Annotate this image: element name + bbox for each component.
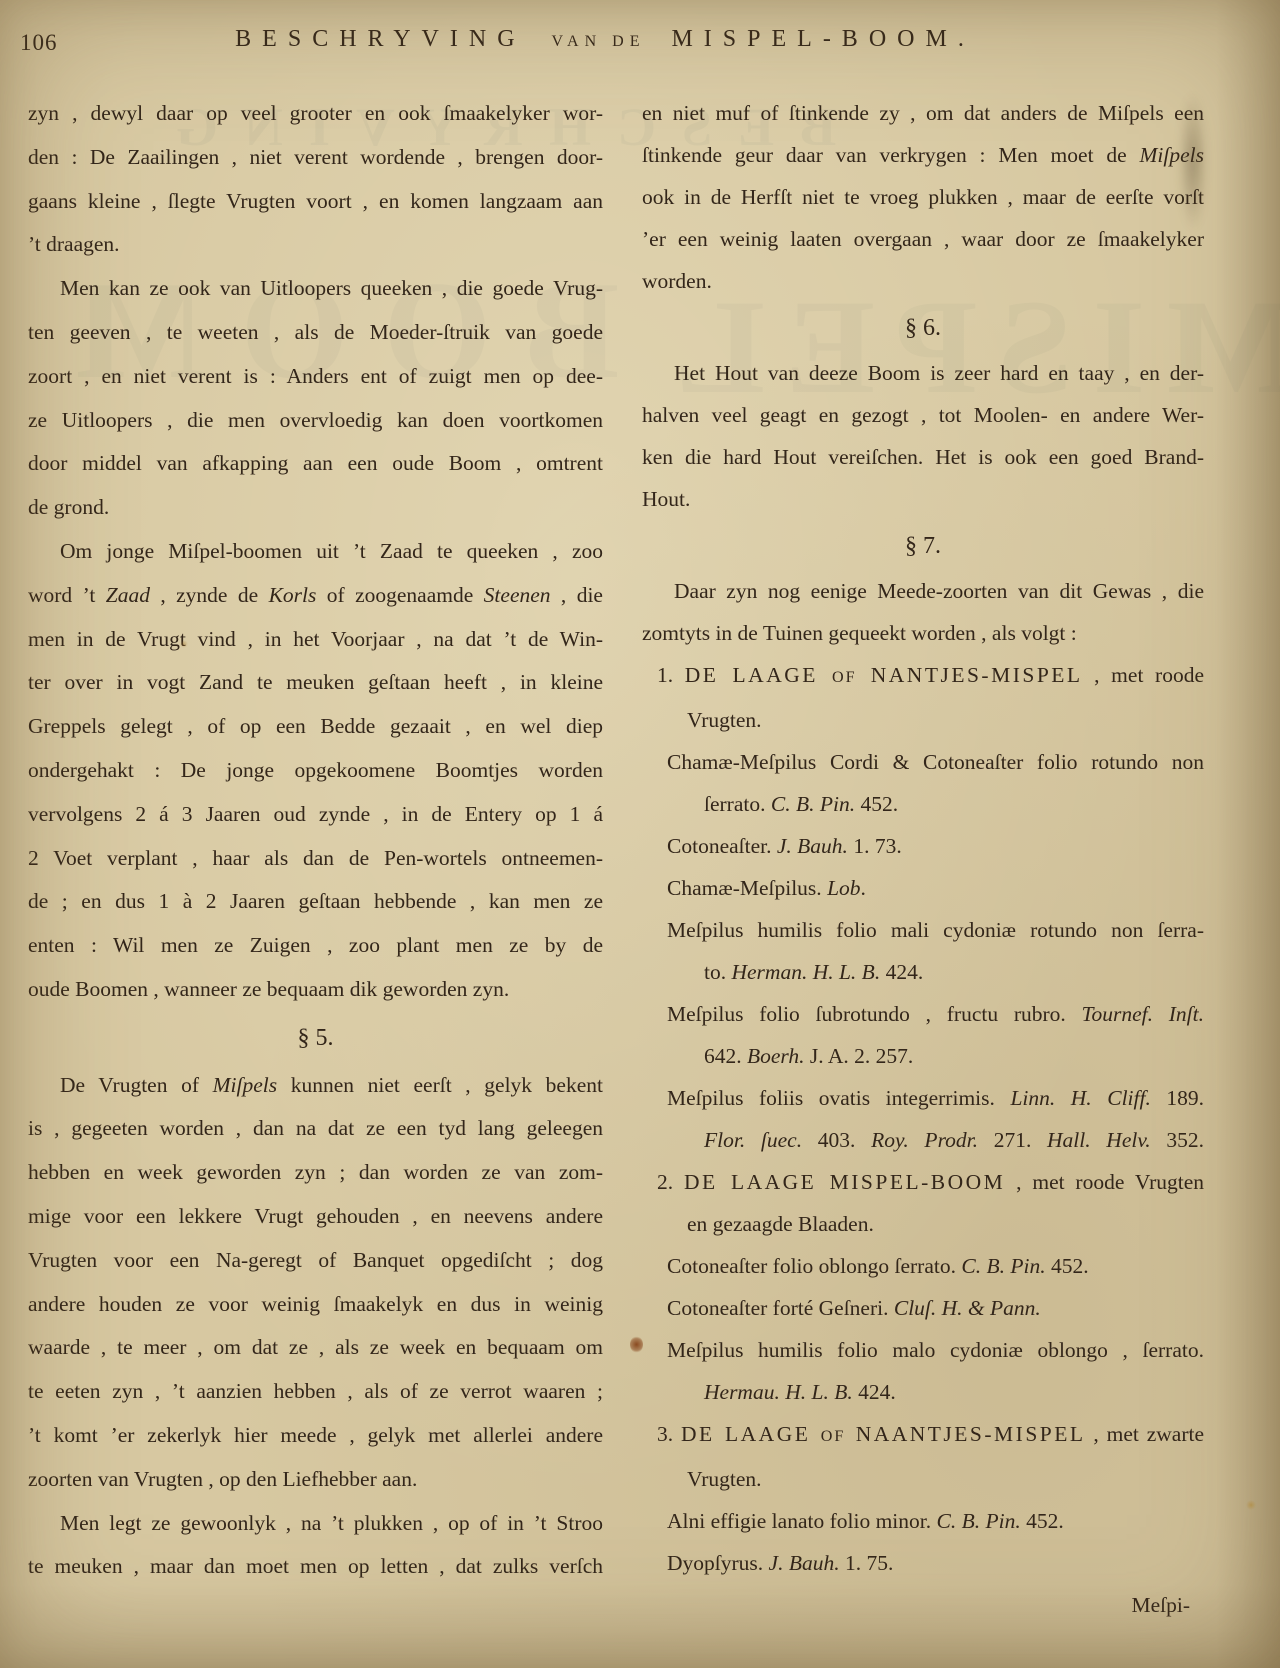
text-line: den : De Zaailingen , niet verent worden… [28,136,603,180]
text-line: zoorten van Vrugten , op den Liefhebber … [28,1458,603,1502]
text-line: Chamæ-Meſpilus. Lob. [642,867,1204,909]
text-line: ’er een weinig laaten overgaan , waar do… [642,218,1204,260]
text-line: en niet muf of ſtinkende zy , om dat and… [642,92,1204,134]
italic-text: Miſpels [213,1073,278,1097]
text-line: zomtyts in de Tuinen gequeekt worden , a… [642,612,1204,654]
text-column-left: zyn , dewyl daar op veel grooter en ook … [28,92,603,1589]
text-line: ken die hard Hout vereiſchen. Het is ook… [642,436,1204,478]
text-line: Om jonge Miſpel-boomen uit ’t Zaad te qu… [28,530,603,574]
text-line: oude Boomen , wanneer ze bequaam dik gew… [28,968,603,1012]
text-line: Greppels gelegt , of op een Bedde gezaai… [28,705,603,749]
text-line: enten : Wil men ze Zuigen , zoo plant me… [28,924,603,968]
caps-text: NANTJES-MISPEL [857,663,1083,687]
italic-text: J. Bauh. [769,1551,840,1575]
text-line: ten geeven , te weeten , als de Moeder-ſ… [28,311,603,355]
text-line: Het Hout van deeze Boom is zeer hard en … [642,352,1204,394]
text-line: Chamæ-Meſpilus Cordi & Cotoneaſter folio… [642,741,1204,783]
text-line: te eeten zyn , ’t aanzien hebben , als o… [28,1370,603,1414]
italic-text: J. Bauh. [777,834,848,858]
text-line: 1. DE LAAGE of NANTJES-MISPEL , met rood… [642,654,1204,699]
text-line: men in de Vrugt vind , in het Voorjaar ,… [28,618,603,662]
text-line: 2 Voet verplant , haar als dan de Pen-wo… [28,837,603,881]
italic-text: Miſpels [1140,143,1205,167]
text-line: Men kan ze ook van Uitloopers queeken , … [28,267,603,311]
book-page: BESCHRYVING BOOM MISPEL 106 BESCHRYVING … [0,0,1280,1668]
text-line: halven veel geagt en gezogt , tot Moolen… [642,394,1204,436]
text-line: Flor. ſuec. 403. Roy. Prodr. 271. Hall. … [642,1119,1204,1161]
text-column-right: en niet muf of ſtinkende zy , om dat and… [642,92,1204,1626]
italic-text: Roy. Prodr. [871,1128,978,1152]
caps-text: DE LAAGE [685,663,832,687]
text-line: Meſpilus folio ſubrotundo , fructu rubro… [642,993,1204,1035]
caps-text: DE LAAGE [681,1422,821,1446]
smallcaps-text: of [821,1428,846,1445]
text-line: Cotoneaſter forté Geſneri. Cluſ. H. & Pa… [642,1287,1204,1329]
italic-text: Linn. H. Cliff. [1010,1086,1150,1110]
italic-text: Zaad [106,583,150,607]
text-line: de ; en dus 1 à 2 Jaaren geſtaan hebbend… [28,880,603,924]
text-line: word ’t Zaad , zynde de Korls of zoogena… [28,574,603,618]
italic-text: Herman. H. L. B. [731,960,880,984]
text-line: Meſpilus humilis folio mali cydoniæ rotu… [642,909,1204,951]
running-header: BESCHRYVING van de MISPEL-BOOM. [10,26,1200,53]
text-line: Alni effigie lanato folio minor. C. B. P… [642,1500,1204,1542]
text-line: De Vrugten of Miſpels kunnen niet eerſt … [28,1064,603,1108]
text-line: 642. Boerh. J. A. 2. 257. [642,1035,1204,1077]
text-line: Vrugten. [642,1458,1204,1500]
text-line: Cotoneaſter folio oblongo ſerrato. C. B.… [642,1245,1204,1287]
text-line: Men legt ze gewoonlyk , na ’t plukken , … [28,1502,603,1546]
text-line: hebben en week geworden zyn ; dan worden… [28,1151,603,1195]
text-line: to. Herman. H. L. B. 424. [642,951,1204,993]
text-line: door middel van afkapping aan een oude B… [28,442,603,486]
text-line: Hermau. H. L. B. 424. [642,1371,1204,1413]
text-line: waarde , te meer , om dat ze , als ze we… [28,1326,603,1370]
text-line: Hout. [642,478,1204,520]
header-title-part1: BESCHRYVING [235,26,525,53]
text-line: ze Uitloopers , die men overvloedig kan … [28,399,603,443]
text-line: ſerrato. C. B. Pin. 452. [642,783,1204,825]
text-line: ter over in vogt Zand te meuken geſtaan … [28,661,603,705]
text-line: de grond. [28,486,603,530]
text-line: Vrugten voor een Na-geregt of Banquet op… [28,1239,603,1283]
italic-text: Boerh. [747,1044,805,1068]
text-line: te meuken , maar dan moet men op letten … [28,1545,603,1589]
italic-text: Flor. ſuec. [704,1128,802,1152]
catchword: Meſpi- [642,1584,1204,1626]
text-line: ’t draagen. [28,223,603,267]
italic-text: C. B. Pin. [937,1509,1021,1533]
italic-text: C. B. Pin. [771,792,855,816]
italic-text: Cluſ. H. & Pann. [894,1296,1041,1320]
text-line: zyn , dewyl daar op veel grooter en ook … [28,92,603,136]
smallcaps-text: of [832,669,857,686]
text-line: ſtinkende geur daar van verkrygen : Men … [642,134,1204,176]
text-line: ook in de Herfſt niet te vroeg plukken ,… [642,176,1204,218]
text-line: Daar zyn nog eenige Meede-zoorten van di… [642,570,1204,612]
text-line: en gezaagde Blaaden. [642,1203,1204,1245]
italic-text: Tournef. Inſt. [1082,1002,1204,1026]
header-title-part3: MISPEL-BOOM. [671,26,974,53]
caps-text: NAANTJES-MISPEL [845,1422,1085,1446]
italic-text: Hall. Helv. [1047,1128,1151,1152]
section-heading: § 6. [642,307,1204,349]
text-line: mige voor een lekkere Vrugt gehouden , e… [28,1195,603,1239]
text-line: vervolgens 2 á 3 Jaaren oud zynde , in d… [28,793,603,837]
text-line: zoort , en niet verent is : Anders ent o… [28,355,603,399]
italic-text: Korls [269,583,317,607]
text-line: 3. DE LAAGE of NAANTJES-MISPEL , met zwa… [642,1413,1204,1458]
section-heading: § 5. [28,1017,603,1061]
text-line: Dyopſyrus. J. Bauh. 1. 75. [642,1542,1204,1584]
text-line: ondergehakt : De jonge opgekoomene Boomt… [28,749,603,793]
text-line: Cotoneaſter. J. Bauh. 1. 73. [642,825,1204,867]
text-line: 2. DE LAAGE MISPEL-BOOM , met roode Vrug… [642,1161,1204,1203]
stain [1246,1500,1256,1510]
text-line: ’t komt ’er zekerlyk hier meede , gelyk … [28,1414,603,1458]
text-line: Meſpilus foliis ovatis integerrimis. Lin… [642,1077,1204,1119]
italic-text: Hermau. H. L. B. [704,1380,853,1404]
text-line: Meſpilus humilis folio malo cydoniæ oblo… [642,1329,1204,1371]
italic-text: Lob [827,876,860,900]
text-line: is , gegeeten worden , dan na dat ze een… [28,1107,603,1151]
text-line: gaans kleine , ſlegte Vrugten voort , en… [28,180,603,224]
italic-text: C. B. Pin. [961,1254,1045,1278]
italic-text: Steenen [484,583,551,607]
text-line: Vrugten. [642,699,1204,741]
section-heading: § 7. [642,525,1204,567]
caps-text: DE LAAGE MISPEL-BOOM [684,1170,1005,1194]
text-line: worden. [642,260,1204,302]
header-title-part2: van de [552,33,646,51]
text-line: andere houden ze voor weinig ſmaakelyk e… [28,1283,603,1327]
